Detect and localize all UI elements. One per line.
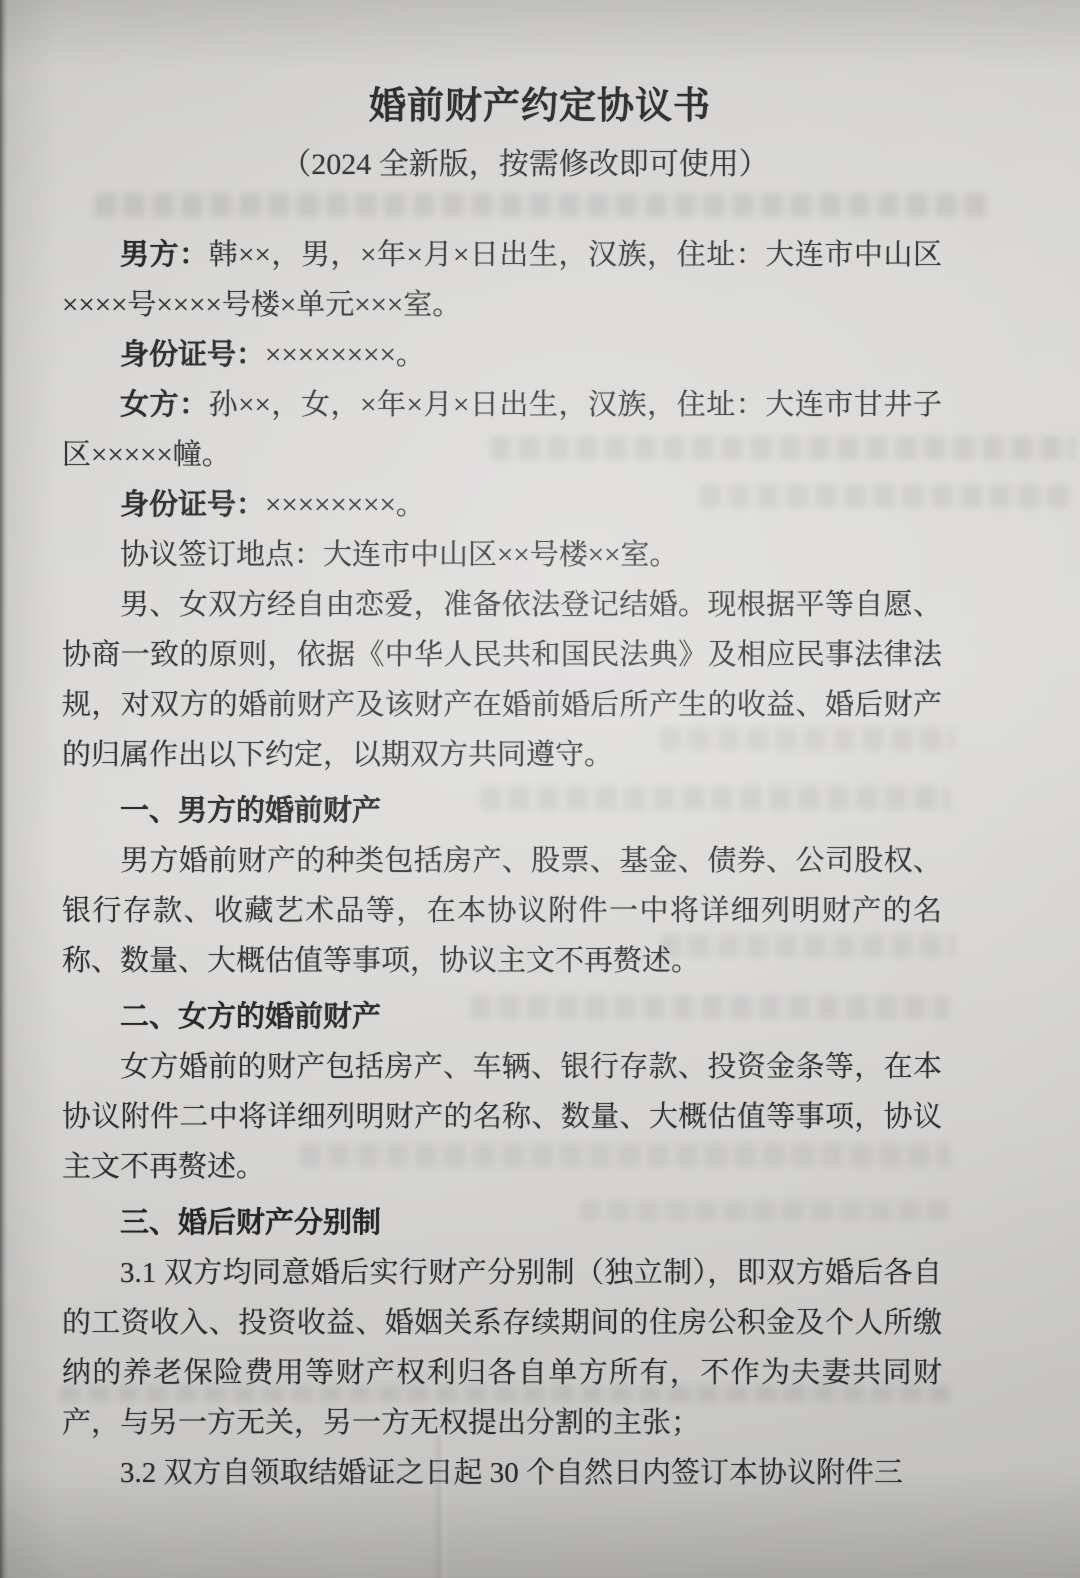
male-id-text: ××××××××。 <box>265 339 425 371</box>
section-2-heading: 二、女方的婚前财产 <box>62 992 942 1042</box>
doc-subtitle: （2024 全新版，按需修改即可使用） <box>85 145 965 185</box>
document-photo-page: 婚前财产约定协议书 （2024 全新版，按需修改即可使用） 男方：韩××，男，×… <box>0 0 1080 1578</box>
section-1-heading: 一、男方的婚前财产 <box>62 786 942 836</box>
clause-3-2-paragraph: 3.2 双方自领取结婚证之日起 30 个自然日内签订本协议附件三 <box>62 1448 942 1498</box>
preamble-paragraph: 男、女双方经自由恋爱，准备依法登记结婚。现根据平等自愿、协商一致的原则，依据《中… <box>62 580 942 780</box>
party-male-paragraph: 男方：韩××，男，×年×月×日出生，汉族，住址：大连市中山区××××号××××号… <box>62 230 942 330</box>
doc-title: 婚前财产约定协议书 <box>100 84 980 130</box>
male-id-label: 身份证号： <box>120 339 265 371</box>
section-3-heading: 三、婚后财产分别制 <box>62 1198 942 1248</box>
section-2-paragraph: 女方婚前的财产包括房产、车辆、银行存款、投资金条等，在本协议附件二中将详细列明财… <box>62 1042 942 1192</box>
doc-body: 男方：韩××，男，×年×月×日出生，汉族，住址：大连市中山区××××号××××号… <box>62 230 942 1498</box>
female-id-text: ××××××××。 <box>265 489 425 521</box>
sign-place-paragraph: 协议签订地点：大连市中山区××号楼××室。 <box>62 530 942 580</box>
section-1-paragraph: 男方婚前财产的种类包括房产、股票、基金、债券、公司股权、银行存款、收藏艺术品等，… <box>62 836 942 986</box>
photo-left-edge-shadow <box>0 0 8 1578</box>
document-content: 婚前财产约定协议书 （2024 全新版，按需修改即可使用） 男方：韩××，男，×… <box>62 0 942 1498</box>
female-id-label: 身份证号： <box>120 489 265 521</box>
male-id-paragraph: 身份证号：××××××××。 <box>62 330 942 380</box>
party-female-label: 女方： <box>120 389 209 421</box>
female-id-paragraph: 身份证号：××××××××。 <box>62 480 942 530</box>
party-male-label: 男方： <box>120 239 209 271</box>
clause-3-1-paragraph: 3.1 双方均同意婚后实行财产分别制（独立制），即双方婚后各自的工资收入、投资收… <box>62 1248 942 1448</box>
party-female-paragraph: 女方：孙××，女，×年×月×日出生，汉族，住址：大连市甘井子区×××××幢。 <box>62 380 942 480</box>
